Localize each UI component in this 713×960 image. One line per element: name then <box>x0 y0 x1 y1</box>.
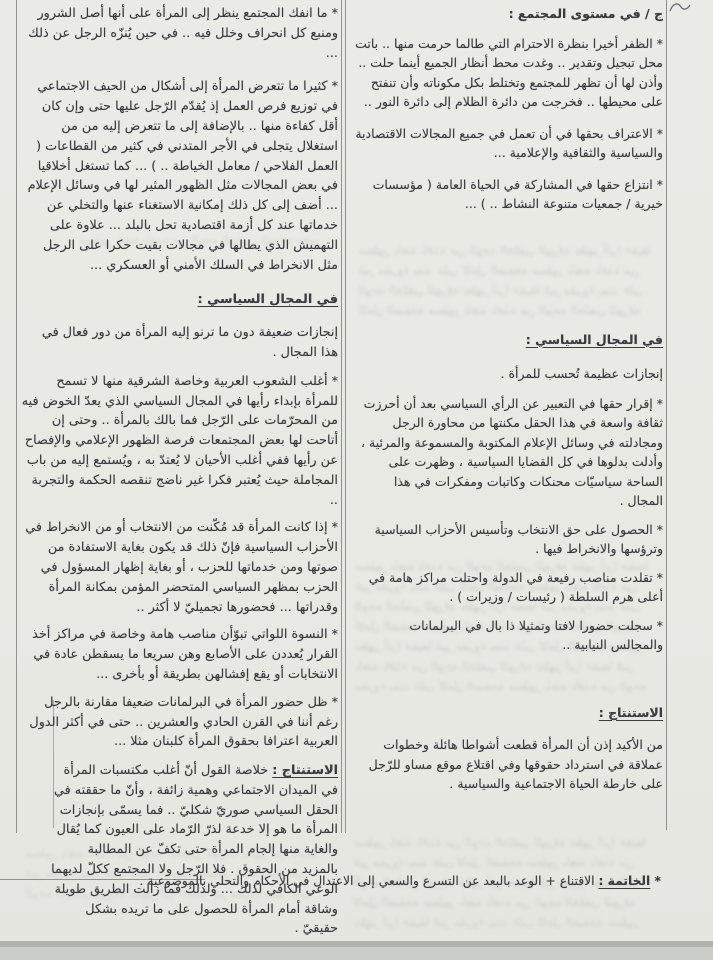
section-c-heading: ج / في مستوى المجتمع : <box>355 4 663 24</box>
conclusion-heading: الاستنتاج : <box>355 703 663 723</box>
heading-underlined-text: في المجال السياسي : <box>526 332 663 347</box>
footer-text: الاقتناع + الوعد بالبعد عن التسرع والسعي… <box>140 874 599 888</box>
footer-lead: الخاتمة : <box>598 874 650 888</box>
column-divider-line-inner <box>345 0 346 833</box>
conclusion-paragraph: الاستنتاج : خلاصة القول أنّ أغلب مكتسبات… <box>21 761 338 939</box>
left-margin-line <box>16 0 17 833</box>
bullet-paragraph: * الاعتراف بحقها في أن تعمل في جميع المج… <box>355 124 663 163</box>
conclusion-text: خلاصة القول أنّ أغلب مكتسبات المرأة في ا… <box>51 763 338 936</box>
conclusion-paragraph: من الأكيد إذن أن المرأة قطعت أشواطا هائل… <box>355 735 663 794</box>
right-column: ج / في مستوى المجتمع : * الظفر أخيرا بنظ… <box>355 0 663 794</box>
bullet-paragraph: * تقلدت مناصب رفيعة في الدولة واحتلت مرا… <box>355 568 663 607</box>
bullet-paragraph: * انتزاع حقها في المشاركة في الحياة العا… <box>355 175 663 214</box>
column-divider-line-outer <box>341 0 342 833</box>
bullet-paragraph: * الظفر أخيرا بنظرة الاحترام التي طالما … <box>355 34 663 112</box>
bullet-paragraph: * سجلت حضورا لافتا وتمثيلا ذا بال في الب… <box>355 616 663 655</box>
section-intro: إنجازات عظيمة تُحسب للمرأة . <box>355 364 663 384</box>
bullet-paragraph: * ما انفك المجتمع ينظر إلى المرأة على أن… <box>21 4 338 63</box>
footer-marker: * <box>650 874 661 888</box>
bullet-paragraph: * إقرار حقها في التعبير عن الرأي السياسي… <box>355 394 663 511</box>
corner-scribble-mark <box>668 1 692 14</box>
bullet-paragraph: * أغلب الشعوب العربية وخاصة الشرقية منها… <box>21 372 338 511</box>
bullet-paragraph: * ظل حضور المرأة في البرلمانات ضعيفا مقا… <box>21 693 338 752</box>
left-column: * ما انفك المجتمع ينظر إلى المرأة على أن… <box>21 0 338 939</box>
bullet-paragraph: * النسوة اللواتي تبوّأن مناصب هامة وخاصة… <box>21 625 338 684</box>
scan-edge-strip-light <box>0 947 713 960</box>
heading-underlined-text: الاستنتاج : <box>599 705 663 720</box>
bullet-paragraph: * كثيرا ما تتعرض المرأة إلى أشكال من الح… <box>21 77 338 275</box>
conclusion-lead: الاستنتاج : <box>272 763 338 778</box>
right-margin-line <box>666 0 667 830</box>
footer-note: * الخاتمة : الاقتناع + الوعد بالبعد عن ا… <box>46 872 661 890</box>
political-section-heading: في المجال السياسي : <box>21 290 338 310</box>
bullet-paragraph: * إذا كانت المرأة قد مُكّنت من الانتخاب … <box>21 518 338 617</box>
section-intro: إنجازات ضعيفة دون ما ترنو إليه المرأة من… <box>21 323 338 363</box>
heading-underlined-text: في المجال السياسي : <box>198 292 339 307</box>
political-section-heading: في المجال السياسي : <box>355 330 663 350</box>
footer-line: * الخاتمة : الاقتناع + الوعد بالبعد عن ا… <box>46 872 661 890</box>
bullet-paragraph: * الحصول على حق الانتخاب وتأسيس الأحزاب … <box>355 520 663 559</box>
scanned-document-page: { "doc": { "right": { "societyHeading": … <box>0 0 713 960</box>
